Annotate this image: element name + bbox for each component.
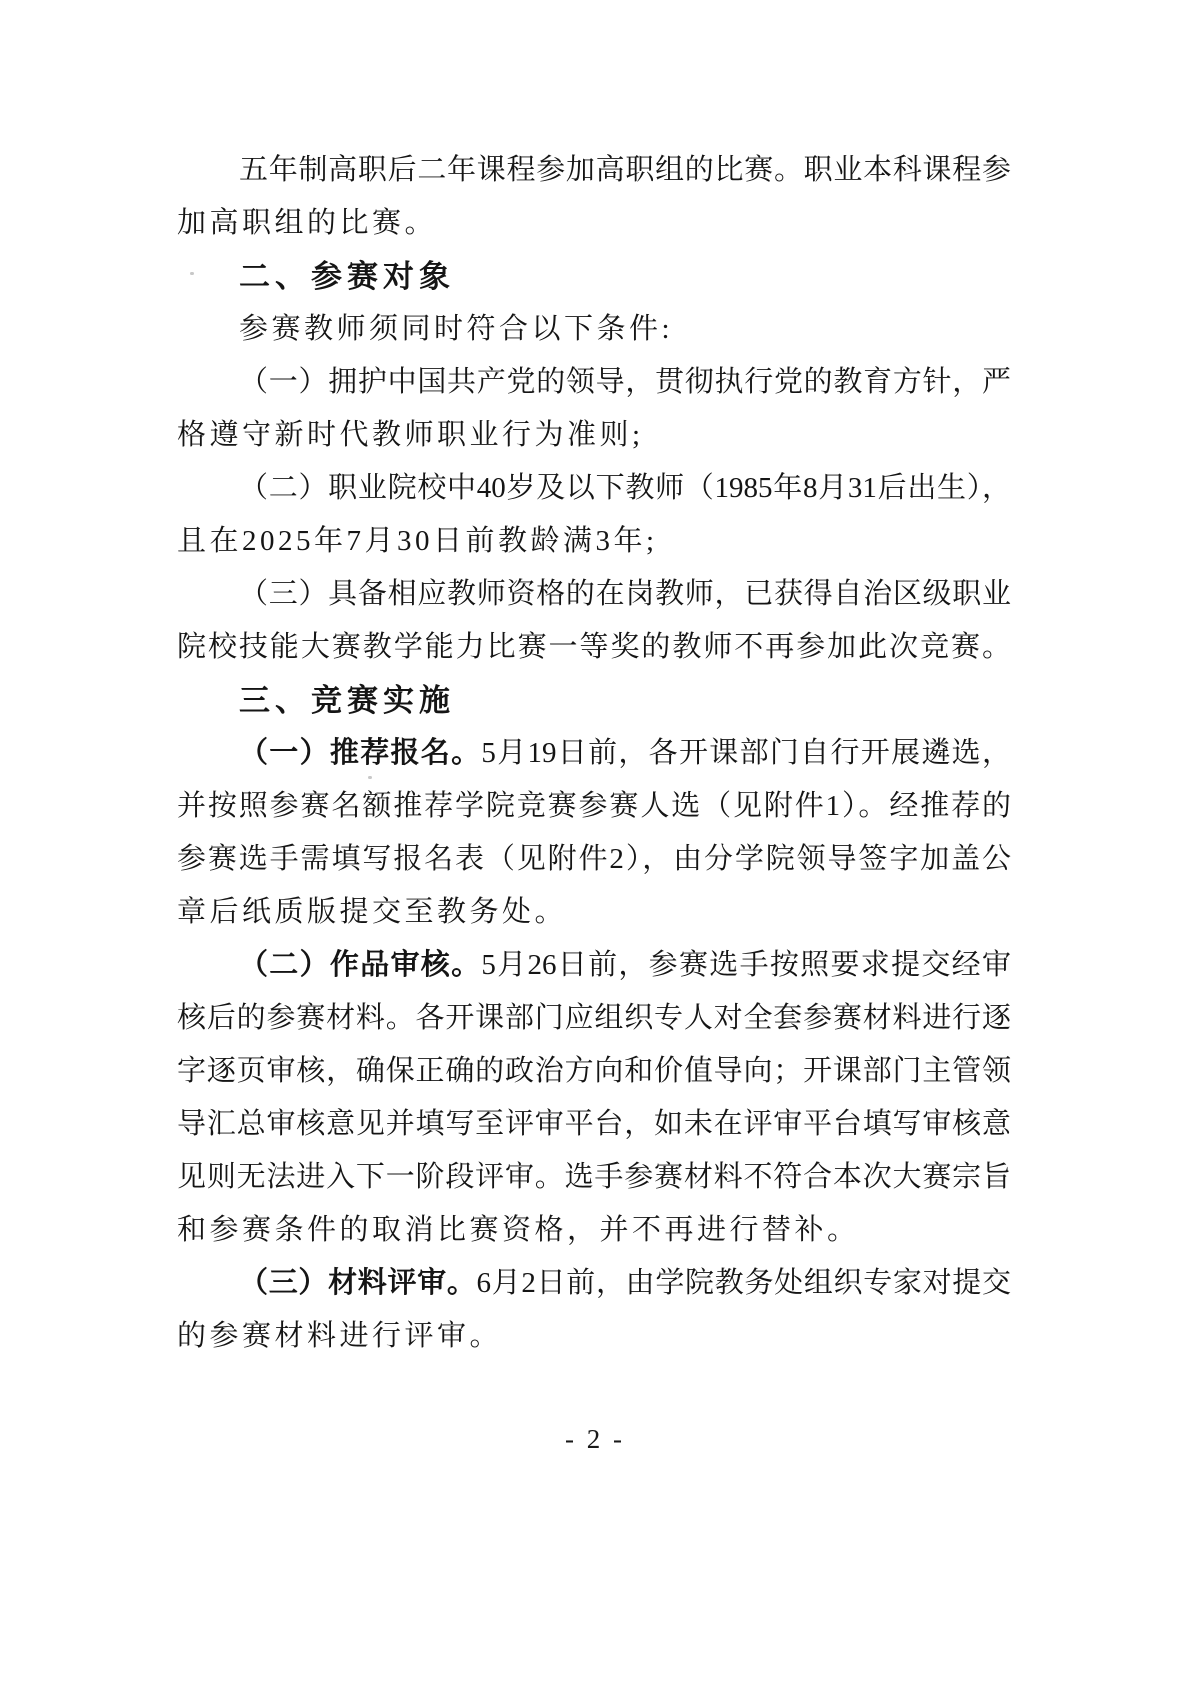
text-run: 字逐页审核，确保正确的政治方向和价值导向；开课部门主管领 xyxy=(177,1055,1011,1087)
bold-text-run: 二、参赛对象 xyxy=(239,259,455,294)
paragraph-line: 见则无法进入下一阶段评审。选手参赛材料不符合本次大赛宗旨 xyxy=(177,1151,1011,1204)
paragraph-line: 导汇总审核意见并填写至评审平台，如未在评审平台填写审核意 xyxy=(177,1098,1011,1151)
paragraph-line: 格遵守新时代教师职业行为准则; xyxy=(177,409,1011,462)
text-run: 5月26日前，参赛选手按照要求提交经审 xyxy=(481,949,1011,981)
document-page: 五年制高职后二年课程参加高职组的比赛。职业本科课程参加高职组的比赛。二、参赛对象… xyxy=(0,0,1190,1684)
paragraph-line: （三）具备相应教师资格的在岗教师，已获得自治区级职业 xyxy=(177,568,1011,621)
paragraph-line: （二）职业院校中40岁及以下教师（1985年8月31后出生）， xyxy=(177,462,1011,515)
bold-text-run: （二）作品审核。 xyxy=(239,949,481,981)
text-run: 的参赛材料进行评审。 xyxy=(177,1320,502,1352)
paragraph-line: 的参赛材料进行评审。 xyxy=(177,1310,1011,1363)
bold-text-run: （一）推荐报名。 xyxy=(239,737,481,769)
scan-speck xyxy=(190,272,194,275)
text-run: （三）具备相应教师资格的在岗教师，已获得自治区级职业 xyxy=(239,578,1011,610)
paragraph-line: 和参赛条件的取消比赛资格，并不再进行替补。 xyxy=(177,1204,1011,1257)
text-run: 加高职组的比赛。 xyxy=(177,207,437,239)
text-run: 和参赛条件的取消比赛资格，并不再进行替补。 xyxy=(177,1214,860,1246)
text-run: （一）拥护中国共产党的领导，贯彻执行党的教育方针，严 xyxy=(239,366,1011,398)
section-heading-line: 三、竞赛实施 xyxy=(177,674,1011,727)
paragraph-line: 院校技能大赛教学能力比赛一等奖的教师不再参加此次竞赛。 xyxy=(177,621,1011,674)
text-run: 导汇总审核意见并填写至评审平台，如未在评审平台填写审核意 xyxy=(177,1108,1011,1140)
bold-text-run: 三、竞赛实施 xyxy=(239,683,455,718)
paragraph-line: 且在2025年7月30日前教龄满3年; xyxy=(177,515,1011,568)
page-number: - 2 - xyxy=(0,1424,1190,1455)
paragraph-line: 章后纸质版提交至教务处。 xyxy=(177,886,1011,939)
text-run: 参赛教师须同时符合以下条件: xyxy=(239,313,673,345)
paragraph-line: （一）推荐报名。5月19日前，各开课部门自行开展遴选， xyxy=(177,727,1011,780)
text-run: 5月19日前，各开课部门自行开展遴选， xyxy=(481,737,1011,769)
paragraph-line: 参赛教师须同时符合以下条件: xyxy=(177,303,1011,356)
scan-speck xyxy=(368,776,372,779)
text-run: （二）职业院校中40岁及以下教师（1985年8月31后出生）， xyxy=(239,472,1011,504)
paragraph-line: （二）作品审核。5月26日前，参赛选手按照要求提交经审 xyxy=(177,939,1011,992)
paragraph-line: 核后的参赛材料。各开课部门应组织专人对全套参赛材料进行逐 xyxy=(177,992,1011,1045)
paragraph-line: （一）拥护中国共产党的领导，贯彻执行党的教育方针，严 xyxy=(177,356,1011,409)
paragraph-line: 五年制高职后二年课程参加高职组的比赛。职业本科课程参 xyxy=(177,144,1011,197)
document-body: 五年制高职后二年课程参加高职组的比赛。职业本科课程参加高职组的比赛。二、参赛对象… xyxy=(177,144,1011,1363)
paragraph-line: 字逐页审核，确保正确的政治方向和价值导向；开课部门主管领 xyxy=(177,1045,1011,1098)
text-run: 五年制高职后二年课程参加高职组的比赛。职业本科课程参 xyxy=(239,154,1011,186)
text-run: 院校技能大赛教学能力比赛一等奖的教师不再参加此次竞赛。 xyxy=(177,631,1011,663)
paragraph-line: 参赛选手需填写报名表（见附件2），由分学院领导签字加盖公 xyxy=(177,833,1011,886)
text-run: 并按照参赛名额推荐学院竞赛参赛人选（见附件1）。经推荐的 xyxy=(177,790,1011,822)
paragraph-line: 并按照参赛名额推荐学院竞赛参赛人选（见附件1）。经推荐的 xyxy=(177,780,1011,833)
text-run: 6月2日前，由学院教务处组织专家对提交 xyxy=(477,1267,1011,1299)
text-run: 参赛选手需填写报名表（见附件2），由分学院领导签字加盖公 xyxy=(177,843,1011,875)
paragraph-line: 加高职组的比赛。 xyxy=(177,197,1011,250)
text-run: 且在2025年7月30日前教龄满3年; xyxy=(177,525,658,557)
paragraph-line: （三）材料评审。6月2日前，由学院教务处组织专家对提交 xyxy=(177,1257,1011,1310)
section-heading-line: 二、参赛对象 xyxy=(177,250,1011,303)
text-run: 章后纸质版提交至教务处。 xyxy=(177,896,567,928)
bold-text-run: （三）材料评审。 xyxy=(239,1267,477,1299)
text-run: 格遵守新时代教师职业行为准则; xyxy=(177,419,644,451)
text-run: 核后的参赛材料。各开课部门应组织专人对全套参赛材料进行逐 xyxy=(177,1002,1011,1034)
text-run: 见则无法进入下一阶段评审。选手参赛材料不符合本次大赛宗旨 xyxy=(177,1161,1011,1193)
